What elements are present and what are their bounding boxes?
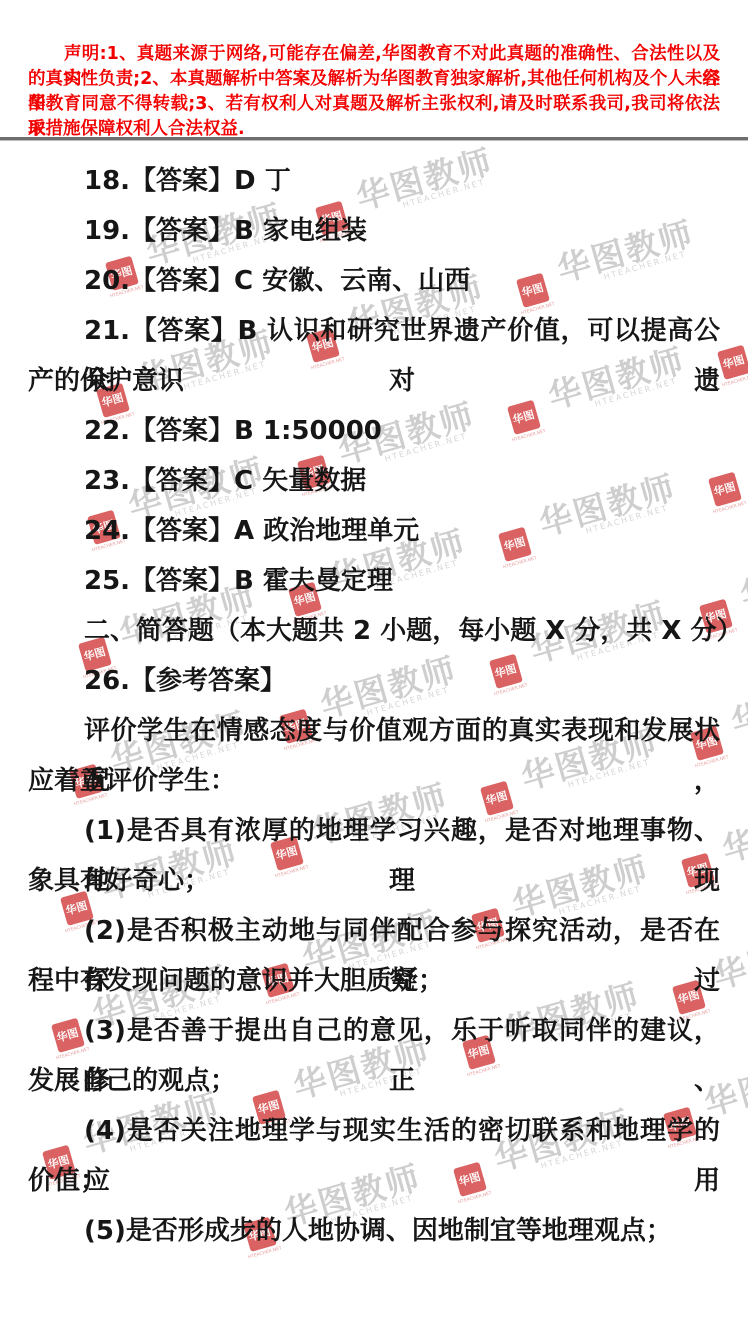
document-line: 24.【答案】A 政治地理单元 bbox=[28, 506, 720, 556]
disclaimer-line: 图教育同意不得转载;3、若有权利人对真题及解析主张权利,请及时联系我司,我司将依… bbox=[28, 92, 720, 117]
document-page: 华图HTEACHER.NET华图教师HTEACHER.NET华图HTEACHER… bbox=[0, 0, 748, 1335]
document-line: 22.【答案】B 1:50000 bbox=[28, 406, 720, 456]
document-line: (4)是否关注地理学与现实生活的密切联系和地理学的应用 bbox=[28, 1106, 720, 1156]
huatu-watermark-text: 华图教师HTEACHER.NET bbox=[719, 796, 748, 873]
huatu-logo-subtext: HTEACHER.NET bbox=[721, 373, 748, 388]
document-line: (2)是否积极主动地与同伴配合参与探究活动，是否在探究过 bbox=[28, 906, 720, 956]
document-line: (1)是否具有浓厚的地理学习兴趣，是否对地理事物、地理现 bbox=[28, 806, 720, 856]
huatu-watermark-text: 华图教师HTEACHER.NET bbox=[728, 669, 748, 746]
document-line: (5)是否形成步的人地协调、因地制宜等地理观点； bbox=[28, 1206, 720, 1256]
disclaimer-line: 的真实性负责;2、本真题解析中答案及解析为华图教育独家解析,其他任何机构及个人未… bbox=[28, 67, 720, 92]
document-line: 20.【答案】C 安徽、云南、山西 bbox=[28, 256, 720, 306]
huatu-watermark-cn: 华图教师 bbox=[719, 796, 748, 867]
huatu-logo-icon: 华图 bbox=[717, 345, 748, 380]
huatu-watermark-cn: 华图教师 bbox=[728, 669, 748, 740]
huatu-watermark-cn: 华图教师 bbox=[737, 542, 748, 613]
document-line: 二、简答题（本大题共 2 小题，每小题 X 分，共 X 分） bbox=[28, 606, 720, 656]
disclaimer-line: 声明:1、真题来源于网络,可能存在偏差,华图教育不对此真题的准确性、合法性以及内… bbox=[28, 42, 720, 67]
document-body: 18.【答案】D 丁19.【答案】B 家电组装20.【答案】C 安徽、云南、山西… bbox=[28, 156, 720, 1256]
disclaimer-label: 声明: bbox=[64, 44, 107, 64]
disclaimer-block: 声明:1、真题来源于网络,可能存在偏差,华图教育不对此真题的准确性、合法性以及内… bbox=[28, 42, 720, 142]
document-line: 25.【答案】B 霍夫曼定理 bbox=[28, 556, 720, 606]
document-line: 评价学生在情感态度与价值观方面的真实表现和发展状况， bbox=[28, 706, 720, 756]
divider-line bbox=[0, 137, 748, 140]
document-line: (3)是否善于提出自己的意见，乐于听取同伴的建议，修正、 bbox=[28, 1006, 720, 1056]
document-line: 21.【答案】B 认识和研究世界遗产价值，可以提高公众对遗 bbox=[28, 306, 720, 356]
document-line: 23.【答案】C 矢量数据 bbox=[28, 456, 720, 506]
document-line: 26.【参考答案】 bbox=[28, 656, 720, 706]
document-line: 18.【答案】D 丁 bbox=[28, 156, 720, 206]
document-line: 19.【答案】B 家电组装 bbox=[28, 206, 720, 256]
